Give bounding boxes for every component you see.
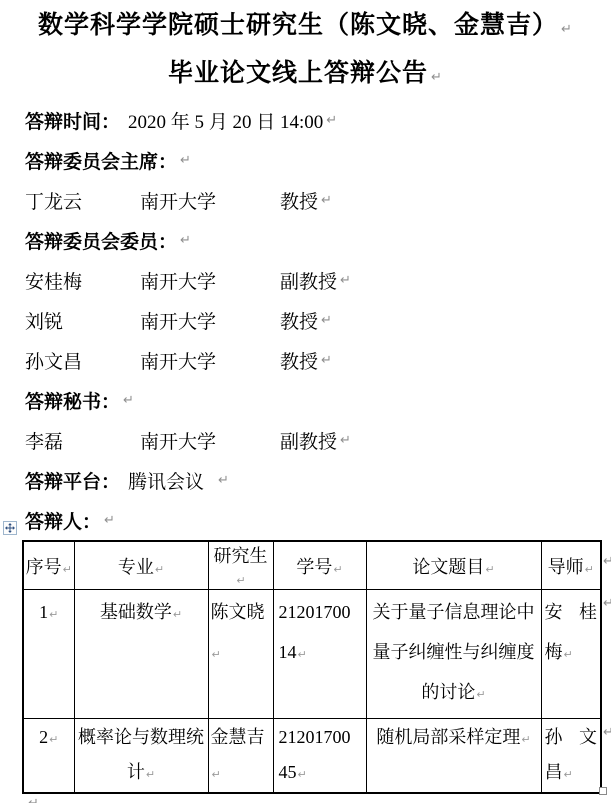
cell-supervisor: 安桂梅↵ — [541, 590, 601, 719]
cell-mark-icon: ↵ — [63, 563, 72, 576]
defense-time-row: 答辩时间： 2020 年 5 月 20 日 14:00 ↵ — [0, 100, 611, 140]
paragraph-mark-icon: ↵ — [340, 433, 351, 448]
cell-mark-icon: ↵ — [485, 563, 494, 576]
cell-mark-icon: ↵ — [212, 768, 221, 781]
title-line-2-text: 毕业论文线上答辩公告 — [168, 60, 428, 87]
document-page: 数学科学学院硕士研究生（陈文晓、金慧吉）↵ 毕业论文线上答辩公告↵ 答辩时间： … — [0, 0, 611, 803]
cell-thesis-title-text: 关于量子信息理论中量子纠缠性与纠缠度的讨论 — [373, 602, 535, 702]
header-supervisor: 导师↵ — [541, 541, 601, 590]
cell-thesis-title: 关于量子信息理论中量子纠缠性与纠缠度的讨论↵ — [366, 590, 541, 719]
row-end-mark-icon: ↵ — [603, 725, 611, 740]
candidates-section-label: 答辩人： ↵ — [0, 500, 611, 540]
secretary-university: 南开大学 — [140, 427, 280, 454]
secretary-label-text: 答辩秘书： — [25, 387, 120, 414]
cell-student-id: 2120170045↵ — [273, 719, 366, 794]
paragraph-mark-icon: ↵ — [431, 70, 443, 85]
cell-mark-icon: ↵ — [298, 768, 307, 781]
chairman-title: 教授 — [280, 187, 318, 214]
committee-member-row: 孙文昌 南开大学 教授 ↵ — [0, 340, 611, 380]
member-university: 南开大学 — [140, 267, 280, 294]
document-title: 数学科学学院硕士研究生（陈文晓、金慧吉）↵ 毕业论文线上答辩公告↵ — [0, 0, 611, 100]
platform-value: 腾讯会议 — [128, 467, 204, 494]
chairman-label-text: 答辩委员会主席： — [25, 147, 177, 174]
header-student-id: 学号↵ — [273, 541, 366, 590]
cell-student: 金慧吉↵ — [208, 719, 273, 794]
paragraph-mark-icon: ↵ — [123, 393, 134, 408]
cell-student-id: 2120170014↵ — [273, 590, 366, 719]
table-resize-handle[interactable] — [599, 787, 607, 795]
header-no-text: 序号 — [26, 557, 62, 577]
paragraph-mark-icon: ↵ — [28, 796, 39, 803]
paragraph-mark-icon: ↵ — [326, 113, 337, 128]
secretary-row: 李磊 南开大学 副教授 ↵ — [0, 420, 611, 460]
cell-no: 1↵ — [23, 590, 74, 719]
cell-mark-icon: ↵ — [146, 768, 155, 781]
paragraph-mark-icon: ↵ — [180, 233, 191, 248]
cell-thesis-title-text: 随机局部采样定理 — [376, 727, 520, 747]
cell-mark-icon: ↵ — [521, 733, 530, 746]
header-student-id-text: 学号 — [296, 557, 332, 577]
member-name: 孙文昌 — [25, 347, 140, 374]
cell-no-text: 1 — [39, 602, 48, 622]
cell-no-text: 2 — [39, 727, 48, 747]
cell-mark-icon: ↵ — [155, 563, 164, 576]
title-line-2: 毕业论文线上答辩公告↵ — [0, 52, 611, 100]
member-name: 安桂梅 — [25, 267, 140, 294]
cell-student: 陈文晓↵ — [208, 590, 273, 719]
header-no: 序号↵ — [23, 541, 74, 590]
cell-supervisor: 孙文昌↵ — [541, 719, 601, 794]
header-thesis-title: 论文题目↵ — [366, 541, 541, 590]
header-major-text: 专业 — [118, 557, 154, 577]
paragraph-mark-icon: ↵ — [180, 153, 191, 168]
header-supervisor-text: 导师 — [548, 557, 584, 577]
cell-mark-icon: ↵ — [585, 563, 594, 576]
cell-student-id-text: 2120170014 — [279, 602, 351, 662]
cell-mark-icon: ↵ — [173, 608, 182, 621]
cell-student-text: 金慧吉 — [211, 727, 265, 747]
member-title: 教授 — [280, 307, 318, 334]
committee-member-row: 刘锐 南开大学 教授 ↵ — [0, 300, 611, 340]
defense-time-label: 答辩时间： — [25, 107, 120, 134]
secretary-title: 副教授 — [280, 427, 337, 454]
secretary-section-label: 答辩秘书： ↵ — [0, 380, 611, 420]
paragraph-mark-icon: ↵ — [104, 513, 115, 528]
cell-mark-icon: ↵ — [564, 768, 573, 781]
members-label-text: 答辩委员会委员： — [25, 227, 177, 254]
cell-student-text: 陈文晓 — [211, 602, 265, 622]
table-row: 1↵ 基础数学↵ 陈文晓↵ 2120170014↵ 关于量子信息理论中量子纠缠性… — [23, 590, 601, 719]
title-line-1: 数学科学学院硕士研究生（陈文晓、金慧吉）↵ — [0, 4, 611, 52]
header-thesis-title-text: 论文题目 — [412, 557, 484, 577]
header-student: 研究生↵ — [208, 541, 273, 590]
candidates-label-text: 答辩人： — [25, 507, 101, 534]
member-title: 副教授 — [280, 267, 337, 294]
paragraph-mark-icon: ↵ — [340, 273, 351, 288]
cell-mark-icon: ↵ — [298, 648, 307, 661]
row-end-mark-icon: ↵ — [603, 554, 611, 569]
cell-thesis-title: 随机局部采样定理↵ — [366, 719, 541, 794]
cell-major: 概率论与数理统计↵ — [74, 719, 208, 794]
cell-mark-icon: ↵ — [564, 648, 573, 661]
cell-major-text: 概率论与数理统计 — [78, 727, 204, 782]
paragraph-mark-icon: ↵ — [218, 473, 229, 488]
chairman-university: 南开大学 — [140, 187, 280, 214]
candidates-table-wrapper: 序号↵ 专业↵ 研究生↵ 学号↵ 论文题目↵ 导师↵ 1↵ 基础数学↵ 陈文晓↵… — [22, 540, 600, 794]
cell-major-text: 基础数学 — [100, 602, 172, 622]
paragraph-mark-icon: ↵ — [561, 22, 573, 37]
row-end-mark-icon: ↵ — [603, 596, 611, 611]
cell-mark-icon: ↵ — [49, 608, 58, 621]
title-line-1-text: 数学科学学院硕士研究生（陈文晓、金慧吉） — [38, 12, 558, 39]
chairman-section-label: 答辩委员会主席： ↵ — [0, 140, 611, 180]
cell-mark-icon: ↵ — [476, 688, 485, 701]
member-university: 南开大学 — [140, 347, 280, 374]
cell-mark-icon: ↵ — [212, 648, 221, 661]
table-row: 2↵ 概率论与数理统计↵ 金慧吉↵ 2120170045↵ 随机局部采样定理↵ … — [23, 719, 601, 794]
member-name: 刘锐 — [25, 307, 140, 334]
paragraph-mark-icon: ↵ — [321, 313, 332, 328]
cell-student-id-text: 2120170045 — [279, 727, 351, 782]
cell-mark-icon: ↵ — [236, 574, 245, 587]
paragraph-mark-icon: ↵ — [321, 353, 332, 368]
cell-mark-icon: ↵ — [333, 563, 342, 576]
table-move-handle[interactable] — [3, 521, 17, 535]
defense-time-value: 2020 年 5 月 20 日 14:00 — [128, 107, 323, 134]
members-section-label: 答辩委员会委员： ↵ — [0, 220, 611, 260]
header-student-text: 研究生 — [214, 546, 268, 566]
committee-member-row: 安桂梅 南开大学 副教授 ↵ — [0, 260, 611, 300]
cell-no: 2↵ — [23, 719, 74, 794]
secretary-name: 李磊 — [25, 427, 140, 454]
platform-row: 答辩平台： 腾讯会议 ↵ — [0, 460, 611, 500]
member-title: 教授 — [280, 347, 318, 374]
candidates-table: 序号↵ 专业↵ 研究生↵ 学号↵ 论文题目↵ 导师↵ 1↵ 基础数学↵ 陈文晓↵… — [22, 540, 602, 794]
cell-mark-icon: ↵ — [49, 733, 58, 746]
chairman-name: 丁龙云 — [25, 187, 140, 214]
table-header-row: 序号↵ 专业↵ 研究生↵ 学号↵ 论文题目↵ 导师↵ — [23, 541, 601, 590]
cell-major: 基础数学↵ — [74, 590, 208, 719]
header-major: 专业↵ — [74, 541, 208, 590]
move-arrows-icon — [5, 523, 15, 533]
paragraph-mark-icon: ↵ — [321, 193, 332, 208]
chairman-row: 丁龙云 南开大学 教授 ↵ — [0, 180, 611, 220]
member-university: 南开大学 — [140, 307, 280, 334]
trailing-paragraph: ↵ — [0, 794, 611, 803]
platform-label: 答辩平台： — [25, 467, 120, 494]
